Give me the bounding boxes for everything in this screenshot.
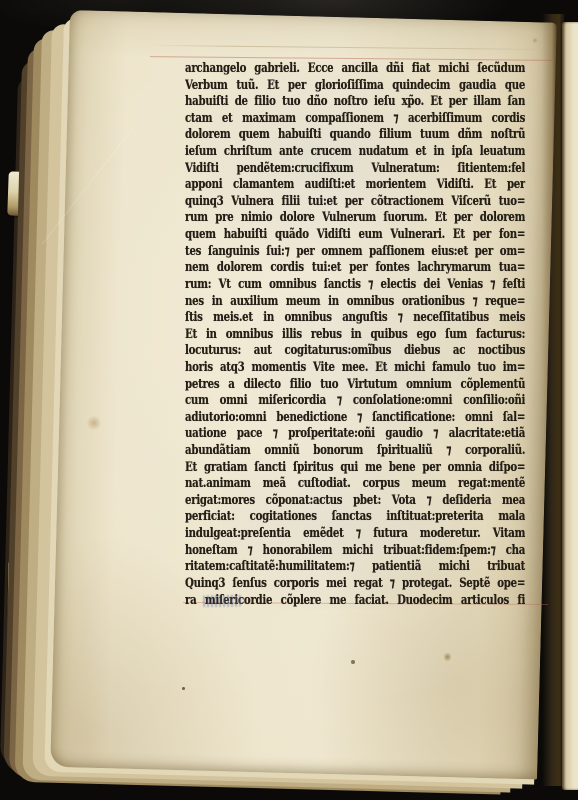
text-line: quinq3 Vulnera filii tui:et per cõtracti… — [185, 194, 525, 211]
text-line: quem habuiſti quãdo Vidiſti eum Vulnerar… — [185, 227, 525, 244]
text-line: Quinq3 ſenſus corporis mei regat ⁊ prote… — [185, 576, 525, 593]
text-line: rum pre nimio dolore Vulnerum ſuorum. Et… — [185, 210, 525, 227]
text-line: abundãtiam omniũ bonorum ſpiritualiũ ⁊ c… — [185, 443, 525, 460]
text-line: nem dolorem cordis tui:et per fontes lac… — [185, 260, 525, 277]
text-line: tes ſanguinis ſui:⁊ per omnem paſſionem … — [185, 244, 525, 261]
photo-of-open-incunable-book: archangelo gabrieli. Ecce ancilla dñi fi… — [0, 0, 578, 800]
text-line: nes in auxilium meum in omnibus orationi… — [185, 294, 525, 311]
text-line: habuiſti de filio tuo dño noſtro ieſu xp… — [185, 94, 525, 111]
text-line: archangelo gabrieli. Ecce ancilla dñi fi… — [185, 61, 525, 78]
text-line: ctam et maximam compaſſionem ⁊ acerbiſſi… — [185, 111, 525, 128]
text-line: locuturus: aut cogitaturus:omĩbus diebus… — [185, 343, 525, 360]
text-line: apponi clamantem audiſti:et morientem Vi… — [185, 177, 525, 194]
text-block: archangelo gabrieli. Ecce ancilla dñi fi… — [185, 61, 525, 609]
text-line: ieſum chriſtum ante crucem nudatum et in… — [185, 144, 525, 161]
paper-stain — [182, 687, 185, 690]
paper-stain — [351, 660, 355, 664]
paper-stain — [532, 38, 538, 43]
book-gutter — [542, 14, 564, 786]
text-line: uatione pace ⁊ proſperitate:oñi gaudio ⁊… — [185, 426, 525, 443]
text-line: indulgeat:preſentia emẽdet ⁊ futura mode… — [185, 526, 525, 543]
paper-stain — [86, 416, 102, 430]
text-line: dolorem quem habuiſti quando filium tuum… — [185, 127, 525, 144]
text-line: ſtis meis.et in omnibus anguſtis ⁊ neceſ… — [185, 310, 525, 327]
text-line: Vidiſti pendẽtem:crucifixum Vulneratum: … — [185, 161, 525, 178]
text-line: petres a dilecto filio tuo Virtutum omni… — [185, 377, 525, 394]
text-line: ritatem:caſtitatẽ:humilitatem:⁊ patienti… — [185, 559, 525, 576]
text-line: Et gratiam ſancti ſpiritus qui me bene p… — [185, 460, 525, 477]
text-line: honeſtam ⁊ honorabilem michi tribuat:fid… — [185, 543, 525, 560]
text-line: adiutorio:omni benedictione ⁊ ſanctifica… — [185, 410, 525, 427]
text-line: Et in omnibus illis rebus in quibus ego … — [185, 327, 525, 344]
text-line: nat.animam meã cuſtodiat. corpus meum re… — [185, 476, 525, 493]
text-line: perficiat: cogitationes ſanctas inſtitua… — [185, 509, 525, 526]
text-line: Verbum tuũ. Et per glorioſiſſima quindec… — [185, 78, 525, 95]
ink-show-through-mark — [203, 595, 241, 608]
paper-stain — [444, 652, 451, 662]
text-line: erigat:mores cõponat:actus pbet: Vota ⁊ … — [185, 493, 525, 510]
text-line: horis atq3 momentis Vite mee. Et michi f… — [185, 360, 525, 377]
text-line: rum: Vt cum omnibus ſanctis ⁊ electis de… — [185, 277, 525, 294]
text-line: cum omni miſericordia ⁊ conſolatione:omn… — [185, 393, 525, 410]
facing-page-sliver — [562, 22, 578, 790]
